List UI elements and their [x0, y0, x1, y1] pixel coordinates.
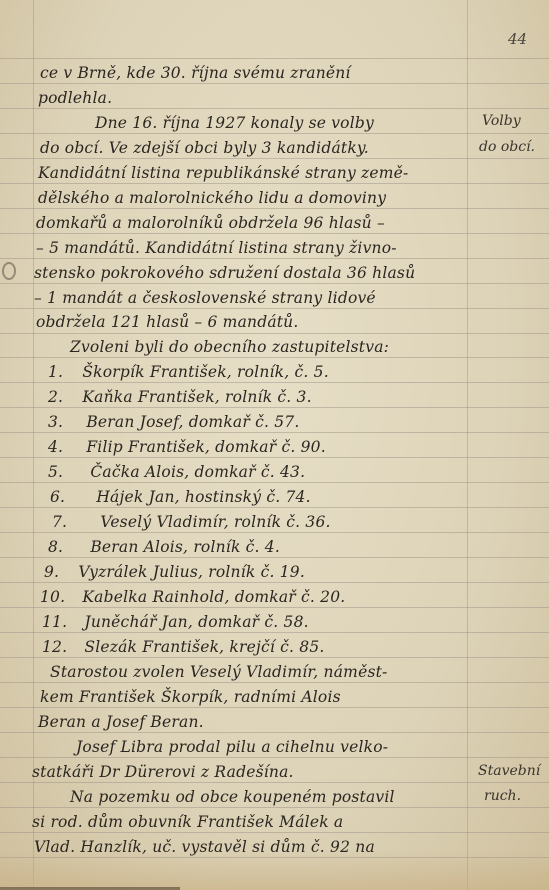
member-number: 3.: [48, 413, 63, 431]
member-text: Filip František, domkař č. 90.: [86, 438, 326, 456]
member-text: Škorpík František, rolník, č. 5.: [82, 363, 329, 381]
member-number: 6.: [50, 488, 65, 506]
member-entry-5: 5. Čačka Alois, domkař č. 43.: [48, 463, 305, 481]
member-text: Vyzrálek Julius, rolník č. 19.: [78, 563, 305, 581]
text-line: Dne 16. října 1927 konaly se volby: [95, 114, 374, 132]
text-line: stensko pokrokového sdružení dostala 36 …: [34, 264, 415, 282]
member-entry-12: 12. Slezák František, krejčí č. 85.: [42, 638, 325, 656]
member-text: Juněchář Jan, domkař č. 58.: [84, 613, 308, 631]
member-text: Beran Alois, rolník č. 4.: [90, 538, 280, 556]
margin-note-elections-subtitle: do obcí.: [479, 139, 535, 155]
member-number: 11.: [42, 613, 67, 631]
member-entry-11: 11. Juněchář Jan, domkař č. 58.: [42, 613, 309, 631]
text-line: do obcí. Ve zdejší obci byly 3 kandidátk…: [40, 139, 369, 157]
text-line: si rod. dům obuvník František Málek a: [32, 813, 343, 831]
text-line: kem František Škorpík, radními Alois: [40, 688, 341, 706]
member-text: Kaňka František, rolník č. 3.: [82, 388, 311, 406]
text-line: Vlad. Hanzlík, uč. vystavěl si dům č. 92…: [34, 838, 375, 856]
member-number: 5.: [48, 463, 63, 481]
member-entry-1: 1. Škorpík František, rolník, č. 5.: [48, 363, 329, 381]
text-line: – 5 mandátů. Kandidátní listina strany ž…: [36, 239, 397, 257]
member-text: Hájek Jan, hostinský č. 74.: [96, 488, 310, 506]
text-line: podlehla.: [38, 89, 112, 107]
member-number: 2.: [48, 388, 63, 406]
member-text: Čačka Alois, domkař č. 43.: [90, 463, 305, 481]
text-line: – 1 mandát a československé strany lidov…: [34, 289, 376, 307]
right-margin-line: [467, 0, 468, 890]
member-number: 9.: [44, 563, 59, 581]
member-entry-2: 2. Kaňka František, rolník č. 3.: [48, 388, 312, 406]
member-number: 8.: [48, 538, 63, 556]
member-entry-8: 8. Beran Alois, rolník č. 4.: [48, 538, 280, 556]
member-text: Slezák František, krejčí č. 85.: [84, 638, 324, 656]
member-number: 1.: [48, 363, 63, 381]
member-number: 7.: [52, 513, 67, 531]
binding-hole: [2, 262, 16, 280]
margin-note-building-subtitle: ruch.: [484, 788, 521, 804]
member-number: 4.: [48, 438, 63, 456]
text-line: statkáři Dr Dürerovi z Radešína.: [32, 763, 294, 781]
margin-note-building-title: Stavební: [478, 763, 540, 779]
text-line: Starostou zvolen Veselý Vladimír, náměst…: [50, 663, 387, 681]
text-line: ce v Brně, kde 30. října svému zranění: [40, 64, 351, 82]
text-line: Zvoleni byli do obecního zastupitelstva:: [70, 338, 389, 356]
text-line: Beran a Josef Beran.: [38, 713, 204, 731]
text-line: Josef Libra prodal pilu a cihelnu velko-: [76, 738, 388, 756]
member-number: 12.: [42, 638, 67, 656]
text-line: Kandidátní listina republikánské strany …: [38, 164, 408, 182]
member-text: Kabelka Rainhold, domkař č. 20.: [82, 588, 345, 606]
text-line: dělského a malorolnického lidu a domovin…: [38, 189, 386, 207]
member-text: Beran Josef, domkař č. 57.: [86, 413, 299, 431]
member-entry-9: 9. Vyzrálek Julius, rolník č. 19.: [44, 563, 305, 581]
member-entry-6: 6. Hájek Jan, hostinský č. 74.: [50, 488, 311, 506]
text-line: domkařů a malorolníků obdržela 96 hlasů …: [36, 214, 385, 232]
left-margin-line: [33, 0, 34, 890]
member-entry-4: 4. Filip František, domkař č. 90.: [48, 438, 326, 456]
member-entry-7: 7. Veselý Vladimír, rolník č. 36.: [52, 513, 331, 531]
member-text: Veselý Vladimír, rolník č. 36.: [100, 513, 330, 531]
member-entry-10: 10. Kabelka Rainhold, domkař č. 20.: [40, 588, 345, 606]
chronicle-page: 44 ce v Brně, kde 30. října svému zraněn…: [0, 0, 549, 890]
margin-note-elections-title: Volby: [482, 113, 521, 129]
text-line: obdržela 121 hlasů – 6 mandátů.: [36, 313, 299, 331]
text-line: Na pozemku od obce koupeném postavil: [70, 788, 395, 806]
page-number: 44: [508, 30, 527, 48]
member-number: 10.: [40, 588, 65, 606]
member-entry-3: 3. Beran Josef, domkař č. 57.: [48, 413, 299, 431]
